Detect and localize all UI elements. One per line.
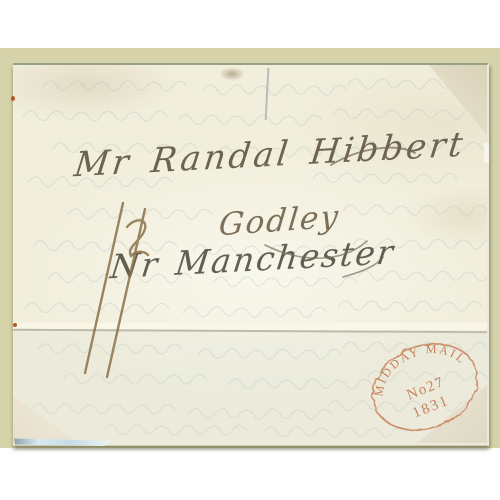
photo-mat-background: Mr Randal Hibbert Godley Nr Manchester — [0, 48, 500, 448]
oval-postmark: MIDDAY MAIL No27 1831 — [355, 329, 495, 445]
page: { "scene": { "background_color": "#fffff… — [0, 0, 500, 500]
folded-letter: Mr Randal Hibbert Godley Nr Manchester — [13, 63, 489, 446]
